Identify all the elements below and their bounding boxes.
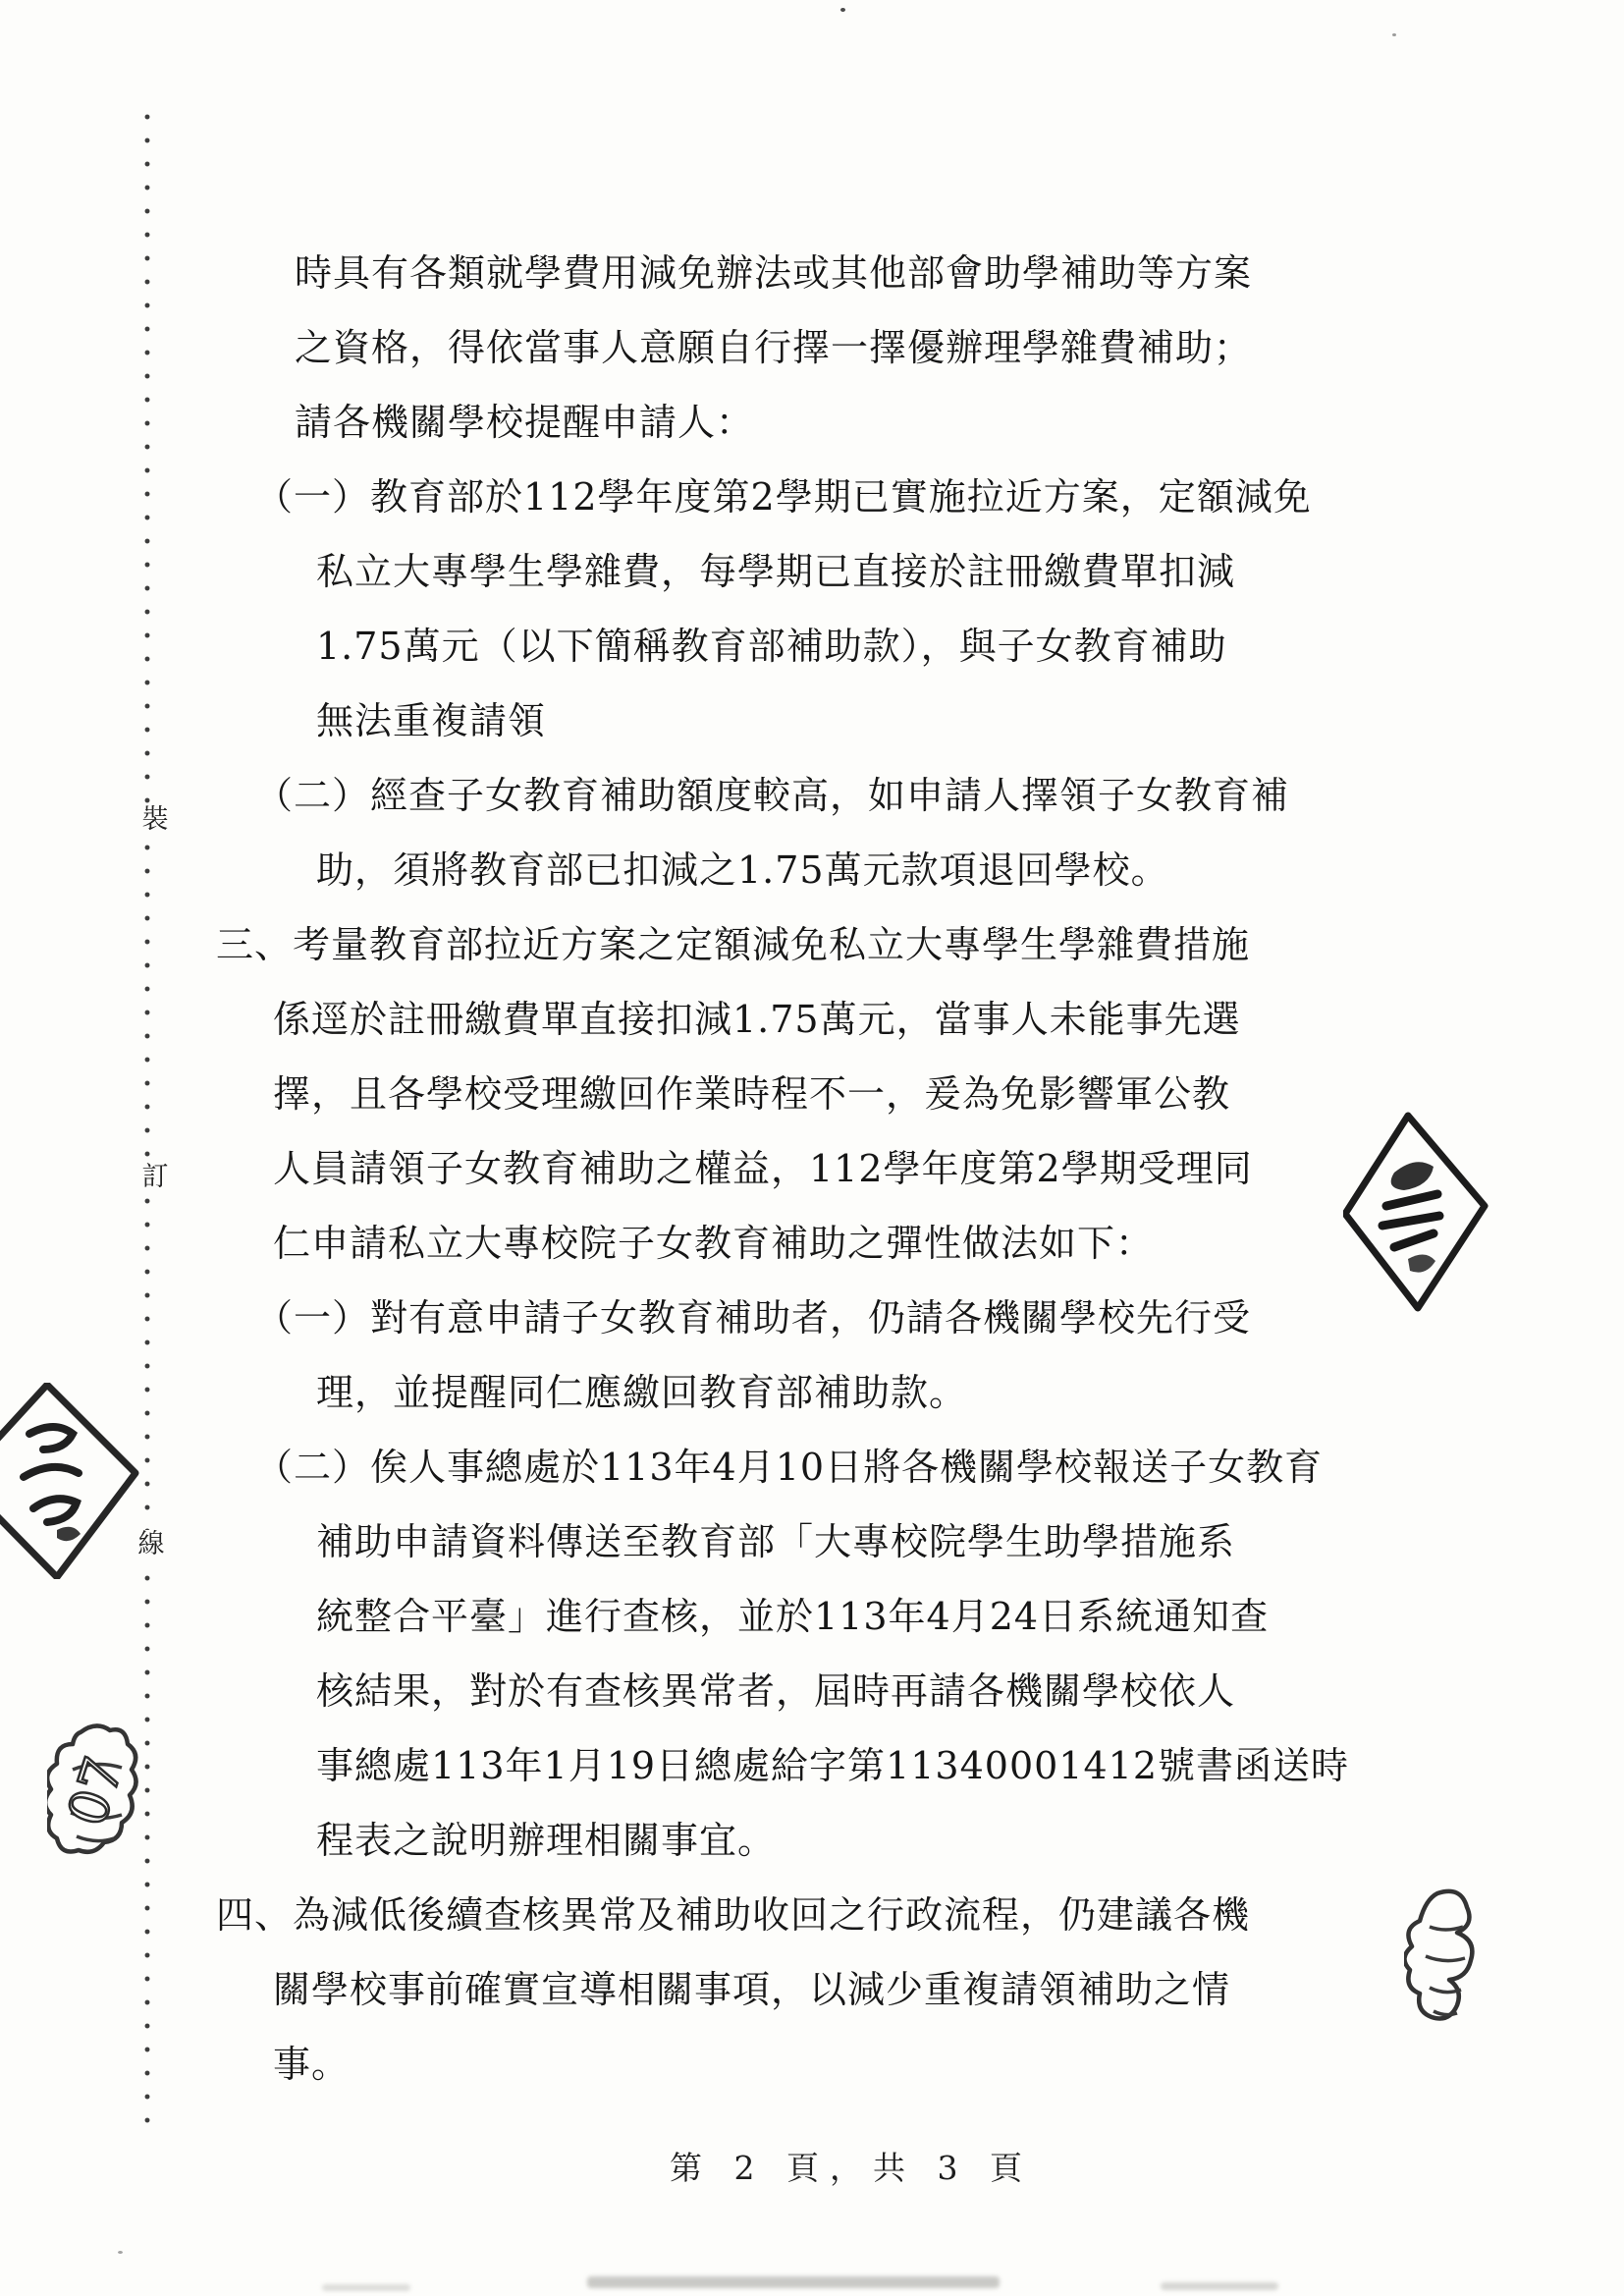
document-line: 核結果，對於有查核異常者，屆時再請各機關學校依人 bbox=[0, 1654, 1624, 1728]
document-line: 事。 bbox=[0, 2027, 1624, 2102]
document-line: （二）俟人事總處於113年4月10日將各機關學校報送子女教育 bbox=[0, 1430, 1624, 1504]
document-line: 理，並提醒同仁應繳回教育部補助款。 bbox=[0, 1355, 1624, 1430]
document-line: 補助申請資料傳送至教育部「大專校院學生助學措施系 bbox=[0, 1504, 1624, 1579]
document-line: 時具有各類就學費用減免辦法或其他部會助學補助等方案 bbox=[0, 236, 1624, 310]
scan-speck bbox=[1392, 33, 1396, 36]
scan-speck bbox=[840, 8, 845, 12]
document-line: 無法重複請領 bbox=[0, 683, 1624, 758]
scanned-document-page: 裝 訂 線 時具有各類就學費用減免辦法或其他部會助學補助等方案 之資格，得依當事… bbox=[0, 0, 1624, 2296]
scan-smudge bbox=[322, 2284, 410, 2291]
document-line: （二）經查子女教育補助額度較高，如申請人擇領子女教育補 bbox=[0, 758, 1624, 833]
document-line: 統整合平臺」進行查核，並於113年4月24日系統通知查 bbox=[0, 1579, 1624, 1654]
page-footer: 第 2 頁，共 3 頁 bbox=[0, 2143, 1624, 2189]
stamp-left-diamond bbox=[0, 1383, 152, 1579]
document-line: 之資格，得依當事人意願自行擇一擇優辦理學雜費補助； bbox=[0, 310, 1624, 385]
scan-speck bbox=[118, 2251, 123, 2254]
document-line: （一）教育部於112學年度第2學期已實施拉近方案，定額減免 bbox=[0, 460, 1624, 534]
stamp-squiggle bbox=[1404, 1887, 1488, 2040]
document-line: 四、為減低後續查核異常及補助收回之行政流程，仍建議各機 bbox=[0, 1878, 1624, 1952]
stamp-right-diamond bbox=[1343, 1112, 1490, 1313]
scan-smudge bbox=[587, 2276, 1000, 2288]
document-line: 事總處113年1月19日總處給字第11340001412號書函送時 bbox=[0, 1728, 1624, 1803]
document-line: 私立大專學生學雜費，每學期已直接於註冊繳費單扣減 bbox=[0, 534, 1624, 609]
document-line: 程表之說明辦理相關事宜。 bbox=[0, 1803, 1624, 1878]
document-line: 係逕於註冊繳費單直接扣減1.75萬元，當事人未能事先選 bbox=[0, 982, 1624, 1057]
document-line: 關學校事前確實宣導相關事項，以減少重複請領補助之情 bbox=[0, 1952, 1624, 2027]
stamp-starburst: 07 bbox=[47, 1721, 145, 1868]
document-line: 助，須將教育部已扣減之1.75萬元款項退回學校。 bbox=[0, 833, 1624, 907]
document-line: 三、考量教育部拉近方案之定額減免私立大專學生學雜費措施 bbox=[0, 907, 1624, 982]
document-line: 1.75萬元（以下簡稱教育部補助款），與子女教育補助 bbox=[0, 609, 1624, 683]
document-line: 請各機關學校提醒申請人： bbox=[0, 385, 1624, 460]
scan-smudge bbox=[1161, 2282, 1278, 2290]
